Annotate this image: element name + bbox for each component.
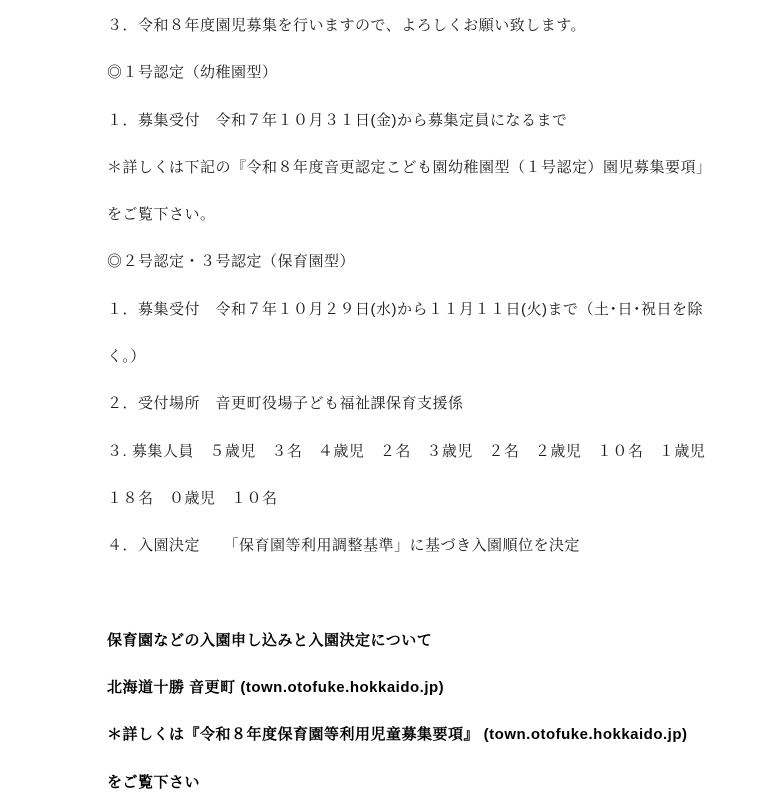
document-line: ＊詳しくは『令和８年度保育園等利用児童募集要項』 (town.otofuke.h…: [107, 711, 760, 758]
document-line: 北海道十勝 音更町 (town.otofuke.hokkaido.jp): [107, 664, 760, 711]
document-line: ２．受付場所 音更町役場子ども福祉課保育支援係: [107, 380, 760, 427]
document-line: く。）: [107, 333, 760, 380]
document-lines: ３．令和８年度園児募集を行いますので、よろしくお願い致します。◎１号認定（幼稚園…: [0, 0, 780, 806]
document-line: ３. 募集人員 ５歳児 ３名 ４歳児 ２名 ３歳児 ２名 ２歳児 １０名 １歳児: [107, 428, 760, 475]
document-line: １８名 ０歳児 １０名: [107, 475, 760, 522]
document-line: １．募集受付 令和７年１０月２９日(水)から１１月１１日(火)まで（土･日･祝日…: [107, 286, 760, 333]
document-line: ３．令和８年度園児募集を行いますので、よろしくお願い致します。: [107, 2, 760, 49]
document-line: をご覧下さい: [107, 759, 760, 806]
document-line: ＊詳しくは下記の『令和８年度音更認定こども園幼稚園型（１号認定）園児募集要項」: [107, 144, 760, 191]
document-line: ４．入園決定 「保育園等利用調整基準」に基づき入園順位を決定: [107, 522, 760, 569]
document-line: ◎１号認定（幼稚園型）: [107, 49, 760, 96]
document-line: をご覧下さい。: [107, 191, 760, 238]
document-line: [107, 570, 760, 617]
document-page: ３．令和８年度園児募集を行いますので、よろしくお願い致します。◎１号認定（幼稚園…: [0, 0, 780, 811]
document-line: 保育園などの入園申し込みと入園決定について: [107, 617, 760, 664]
document-line: ◎２号認定・３号認定（保育園型）: [107, 238, 760, 285]
document-line: １．募集受付 令和７年１０月３１日(金)から募集定員になるまで: [107, 97, 760, 144]
